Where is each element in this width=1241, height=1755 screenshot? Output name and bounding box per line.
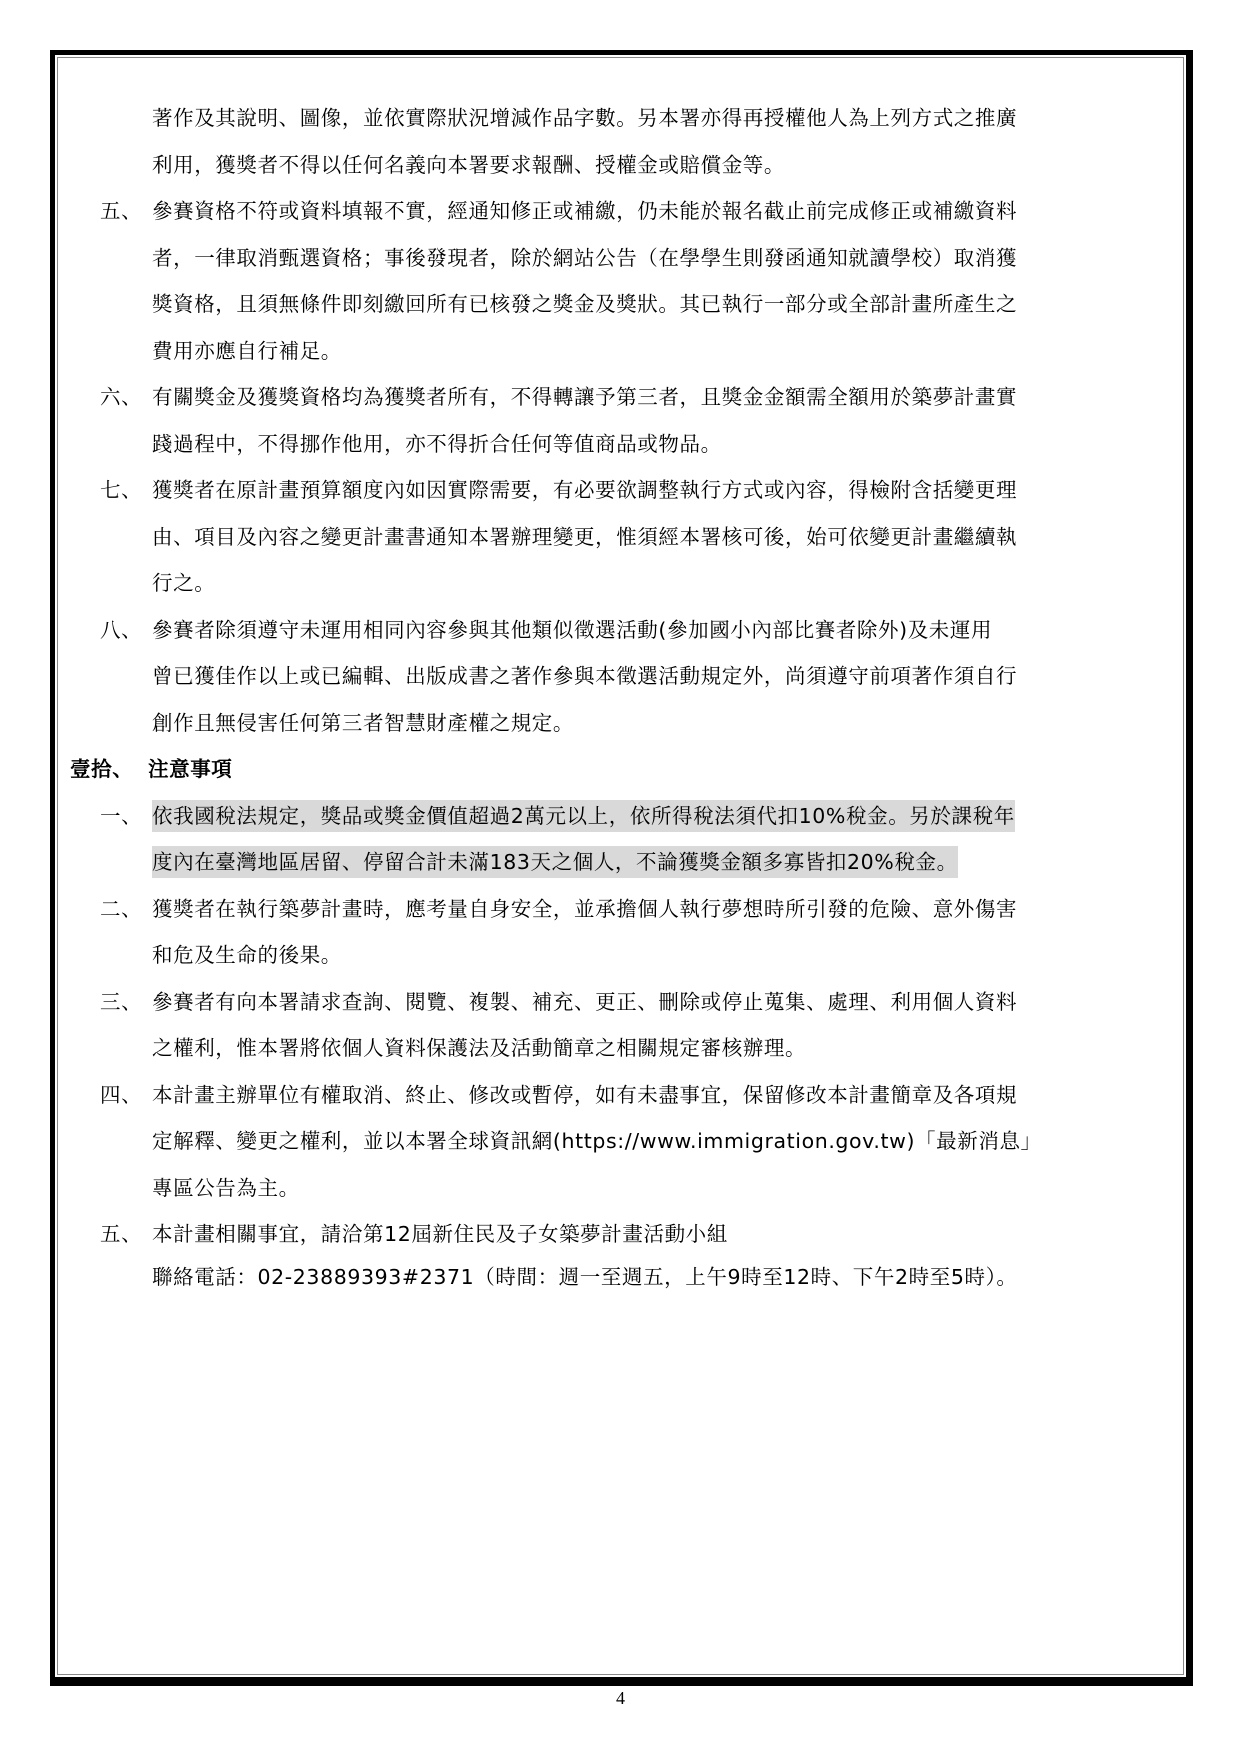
continuation-line: 利用，獲獎者不得以任何名義向本署要求報酬、授權金或賠償金等。	[74, 142, 1169, 189]
text-line: 曾已獲佳作以上或已編輯、出版成書之著作參與本徵選活動規定外，尚須遵守前項著作須自…	[152, 664, 1017, 688]
notice-item-4: 四、 本計畫主辦單位有權取消、終止、修改或暫停，如有未盡事宜，保留修改本計畫簡章…	[74, 1072, 1169, 1212]
text-line: 獲獎者在執行築夢計畫時，應考量自身安全，並承擔個人執行夢想時所引發的危險、意外傷…	[152, 897, 1017, 921]
item-marker: 八、	[100, 607, 142, 654]
highlighted-text-line: 度內在臺灣地區居留、停留合計未滿183天之個人，不論獲獎金額多寡皆扣20%稅金。	[152, 846, 958, 878]
text-line: 費用亦應自行補足。	[152, 339, 342, 363]
text-line: 創作且無侵害任何第三者智慧財產權之規定。	[152, 711, 574, 735]
item-marker: 五、	[100, 1211, 142, 1258]
item-marker: 四、	[100, 1072, 142, 1119]
text-line: 行之。	[152, 571, 215, 595]
item-marker: 二、	[100, 886, 142, 933]
document-body: 著作及其說明、圖像，並依實際狀況增減作品字數。另本署亦得再授權他人為上列方式之推…	[74, 95, 1169, 1296]
continuation-line: 著作及其說明、圖像，並依實際狀況增減作品字數。另本署亦得再授權他人為上列方式之推…	[74, 95, 1169, 142]
text-line: 著作及其說明、圖像，並依實際狀況增減作品字數。另本署亦得再授權他人為上列方式之推…	[152, 106, 1017, 130]
notice-item-5: 五、 本計畫相關事宜，請洽第12屆新住民及子女築夢計畫活動小組 聯絡電話：02-…	[74, 1211, 1169, 1296]
text-line: 有關獎金及獲獎資格均為獲獎者所有，不得轉讓予第三者，且獎金金額需全額用於築夢計畫…	[152, 385, 1017, 409]
text-line: 和危及生命的後果。	[152, 943, 342, 967]
notice-item-3: 三、 參賽者有向本署請求查詢、閱覽、複製、補充、更正、刪除或停止蒐集、處理、利用…	[74, 979, 1169, 1072]
list-item-5: 五、 參賽資格不符或資料填報不實，經通知修正或補繳，仍未能於報名截止前完成修正或…	[74, 188, 1169, 374]
section-heading: 壹拾、注意事項	[70, 746, 1169, 793]
item-marker: 五、	[100, 188, 142, 235]
text-line: 專區公告為主。	[152, 1176, 300, 1200]
text-line: 參賽者有向本署請求查詢、閱覽、複製、補充、更正、刪除或停止蒐集、處理、利用個人資…	[152, 990, 1017, 1014]
item-marker: 三、	[100, 979, 142, 1026]
text-line: 參賽資格不符或資料填報不實，經通知修正或補繳，仍未能於報名截止前完成修正或補繳資…	[152, 199, 1017, 223]
text-line-with-url: 定解釋、變更之權利，並以本署全球資訊網(https://www.immigrat…	[152, 1129, 1042, 1153]
text-line: 獲獎者在原計畫預算額度內如因實際需要，有必要欲調整執行方式或內容，得檢附含括變更…	[152, 478, 1017, 502]
highlighted-text-line: 依我國稅法規定，獎品或獎金價值超過2萬元以上，依所得稅法須代扣10%稅金。另於課…	[152, 800, 1015, 832]
text-line: 參賽者除須遵守未運用相同內容參與其他類似徵選活動(參加國小內部比賽者除外)及未運…	[152, 618, 992, 642]
item-marker: 一、	[100, 793, 142, 840]
text-line: 獎資格，且須無條件即刻繳回所有已核發之獎金及獎狀。其已執行一部分或全部計畫所產生…	[152, 292, 1017, 316]
notice-item-2: 二、 獲獎者在執行築夢計畫時，應考量自身安全，並承擔個人執行夢想時所引發的危險、…	[74, 886, 1169, 979]
text-line: 本計畫相關事宜，請洽第12屆新住民及子女築夢計畫活動小組	[152, 1222, 728, 1246]
list-item-8: 八、 參賽者除須遵守未運用相同內容參與其他類似徵選活動(參加國小內部比賽者除外)…	[74, 607, 1169, 747]
item-marker: 六、	[100, 374, 142, 421]
item-marker: 七、	[100, 467, 142, 514]
text-line: 本計畫主辦單位有權取消、終止、修改或暫停，如有未盡事宜，保留修改本計畫簡章及各項…	[152, 1083, 1017, 1107]
contact-info: 聯絡電話：02-23889393#2371（時間：週一至週五，上午9時至12時、…	[152, 1265, 1018, 1289]
text-line: 者，一律取消甄選資格；事後發現者，除於網站公告（在學學生則發函通知就讀學校）取消…	[152, 246, 1017, 270]
list-item-6: 六、 有關獎金及獲獎資格均為獲獎者所有，不得轉讓予第三者，且獎金金額需全額用於築…	[74, 374, 1169, 467]
list-item-7: 七、 獲獎者在原計畫預算額度內如因實際需要，有必要欲調整執行方式或內容，得檢附含…	[74, 467, 1169, 607]
notice-item-1: 一、 依我國稅法規定，獎品或獎金價值超過2萬元以上，依所得稅法須代扣10%稅金。…	[74, 793, 1169, 886]
text-line: 由、項目及內容之變更計畫書通知本署辦理變更，惟須經本署核可後，始可依變更計畫繼續…	[152, 525, 1017, 549]
section-title: 注意事項	[148, 757, 232, 781]
text-line: 踐過程中，不得挪作他用，亦不得折合任何等值商品或物品。	[152, 432, 722, 456]
section-number: 壹拾、	[70, 746, 148, 793]
text-line: 利用，獲獎者不得以任何名義向本署要求報酬、授權金或賠償金等。	[152, 153, 785, 177]
text-line: 之權利，惟本署將依個人資料保護法及活動簡章之相關規定審核辦理。	[152, 1036, 806, 1060]
page-number: 4	[0, 1688, 1241, 1709]
